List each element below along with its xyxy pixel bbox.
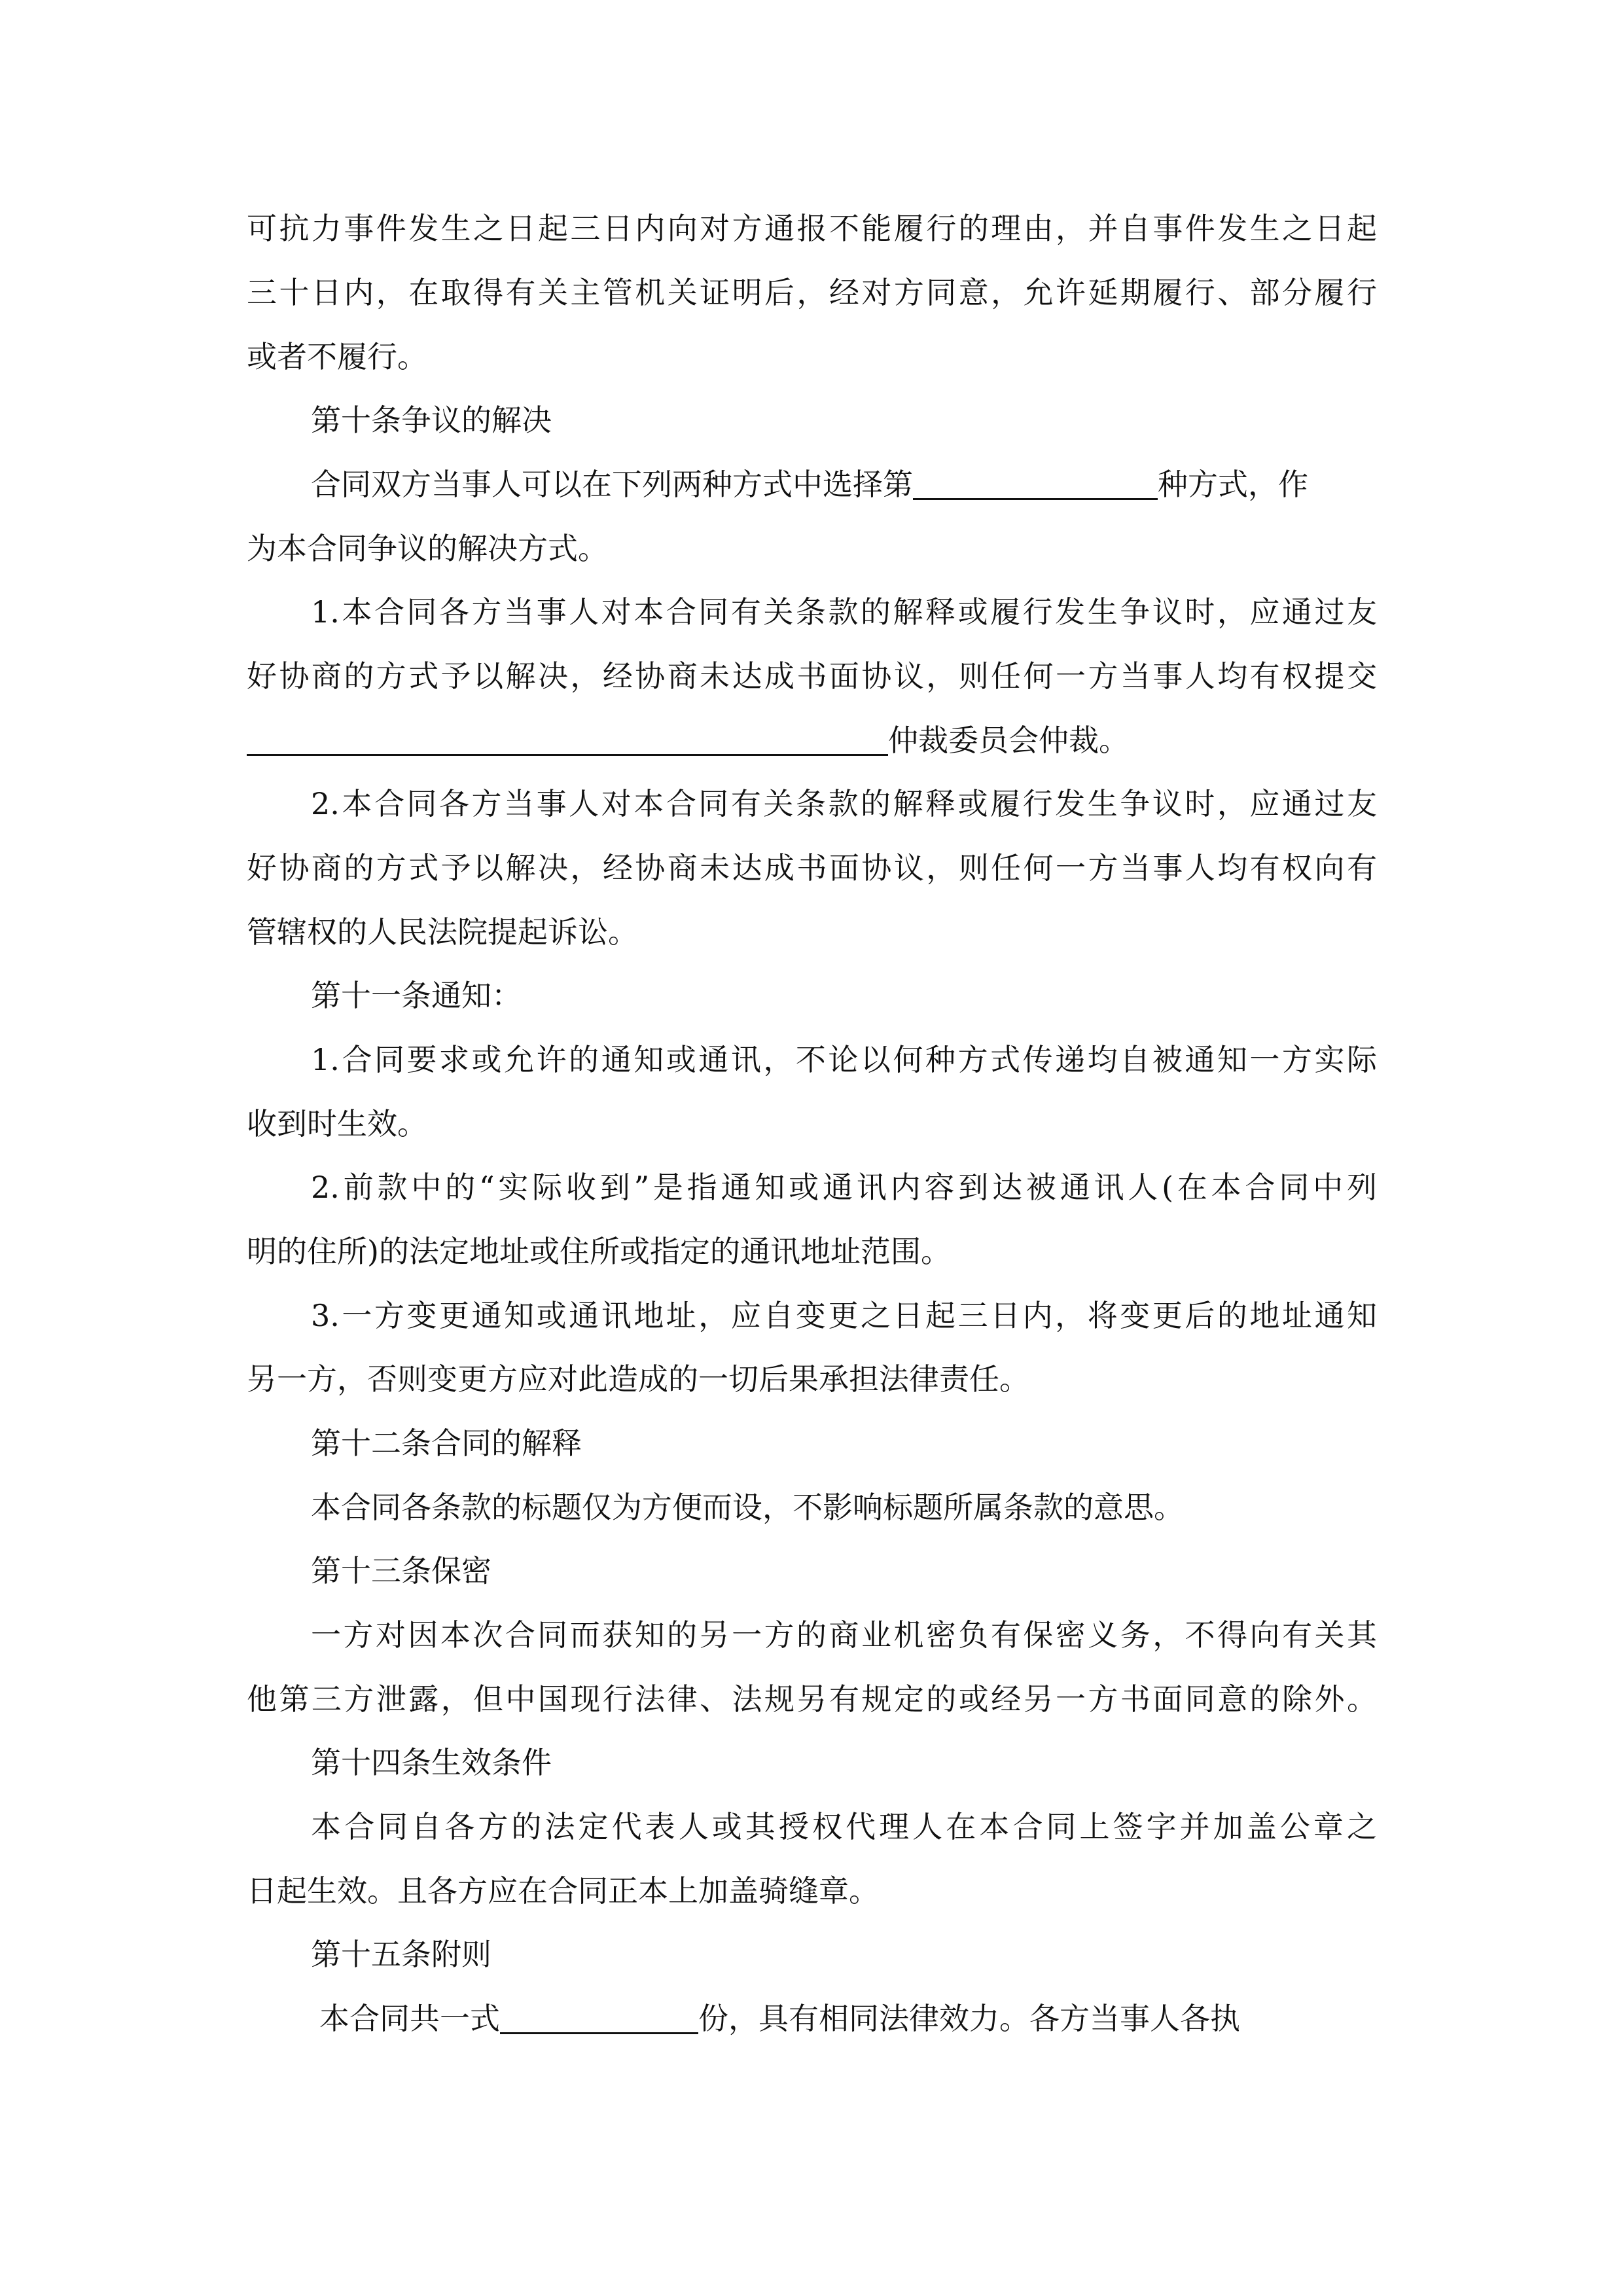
copies-text-before: 本合同共一式 <box>319 2001 500 2036</box>
copies-count-blank[interactable] <box>500 2002 698 2034</box>
article-14-heading: 第十四条生效条件 <box>311 1743 1377 1782</box>
paragraph-line: 为本合同争议的解决方式。 <box>247 529 1377 568</box>
arbitration-text: 仲裁委员会仲裁。 <box>888 723 1129 758</box>
copies-line: 本合同共一式份，具有相同法律效力。各方当事人各执 <box>319 1999 1377 2038</box>
article-15-heading: 第十五条附则 <box>311 1935 1377 1974</box>
article-13-heading: 第十三条保密 <box>311 1551 1377 1590</box>
paragraph-line: 可抗力事件发生之日起三日内向对方通报不能履行的理由，并自事件发生之日起 <box>247 209 1377 248</box>
paragraph-line: 另一方，否则变更方应对此造成的一切后果承担法律责任。 <box>247 1359 1377 1399</box>
paragraph-line: 本合同自各方的法定代表人或其授权代理人在本合同上签字并加盖公章之 <box>311 1807 1377 1846</box>
paragraph-line: 日起生效。且各方应在合同正本上加盖骑缝章。 <box>247 1871 1377 1910</box>
dispute-method-number-blank[interactable] <box>913 468 1158 500</box>
paragraph-line: 收到时生效。 <box>247 1104 1377 1143</box>
notice-item-3: 3.一方变更通知或通讯地址，应自变更之日起三日内，将变更后的地址通知 <box>311 1296 1377 1335</box>
paragraph-line: 或者不履行。 <box>247 337 1377 376</box>
dispute-method-line: 合同双方当事人可以在下列两种方式中选择第种方式，作 <box>311 465 1377 504</box>
notice-item-1: 1.合同要求或允许的通知或通讯，不论以何种方式传递均自被通知一方实际 <box>311 1040 1377 1079</box>
article-10-heading: 第十条争议的解决 <box>311 401 1377 440</box>
paragraph-line: 好协商的方式予以解决，经协商未达成书面协议，则任何一方当事人均有权提交 <box>247 656 1377 696</box>
paragraph-line: 好协商的方式予以解决，经协商未达成书面协议，则任何一方当事人均有权向有 <box>247 848 1377 888</box>
paragraph-line: 管辖权的人民法院提起诉讼。 <box>247 912 1377 952</box>
paragraph-line: 明的住所)的法定地址或住所或指定的通讯地址范围。 <box>247 1232 1377 1271</box>
dispute-method-text-before: 合同双方当事人可以在下列两种方式中选择第 <box>311 467 913 502</box>
article-12-heading: 第十二条合同的解释 <box>311 1424 1377 1463</box>
document-page: 可抗力事件发生之日起三日内向对方通报不能履行的理由，并自事件发生之日起 三十日内… <box>0 0 1623 2296</box>
option-1-line: 1.本合同各方当事人对本合同有关条款的解释或履行发生争议时，应通过友 <box>311 592 1377 632</box>
option-2-line: 2.本合同各方当事人对本合同有关条款的解释或履行发生争议时，应通过友 <box>311 784 1377 823</box>
arbitration-commission-blank[interactable] <box>247 724 888 756</box>
copies-text-after: 份，具有相同法律效力。各方当事人各执 <box>698 2001 1240 2036</box>
arbitration-line: 仲裁委员会仲裁。 <box>247 721 1377 760</box>
article-11-heading: 第十一条通知： <box>311 976 1377 1015</box>
paragraph-line: 一方对因本次合同而获知的另一方的商业机密负有保密义务，不得向有关其 <box>311 1615 1377 1655</box>
paragraph-line: 本合同各条款的标题仅为方便而设，不影响标题所属条款的意思。 <box>311 1488 1377 1527</box>
dispute-method-text-after: 种方式，作 <box>1158 467 1308 502</box>
notice-item-2: 2.前款中的“实际收到”是指通知或通讯内容到达被通讯人(在本合同中列 <box>311 1168 1377 1207</box>
paragraph-line: 三十日内，在取得有关主管机关证明后，经对方同意，允许延期履行、部分履行 <box>247 273 1377 312</box>
paragraph-line: 他第三方泄露，但中国现行法律、法规另有规定的或经另一方书面同意的除外。 <box>247 1679 1377 1719</box>
